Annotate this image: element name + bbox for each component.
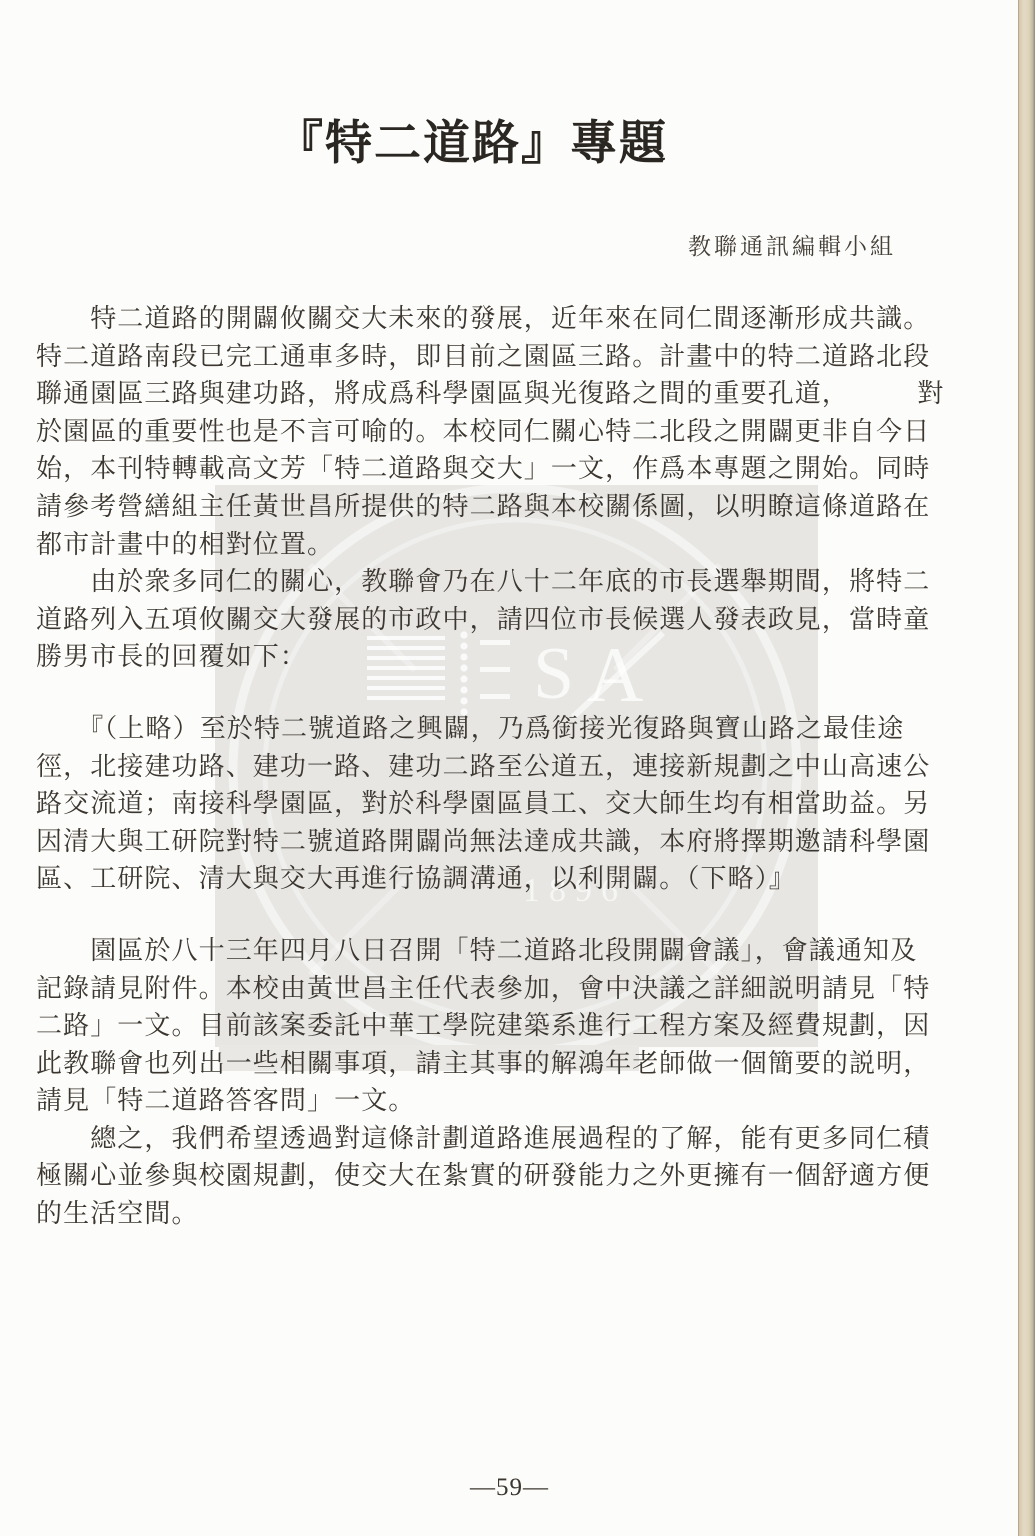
page-title: 『特二道路』專題 [276, 106, 668, 173]
page-edge-strip [1018, 0, 1035, 1536]
paragraph-intro: 特二道路的開闢攸關交大未來的發展，近年來在同仁間逐漸形成共識。 特二道路南段已完… [36, 300, 976, 563]
paragraph-mayor-quote: 『（上略）至於特二號道路之興闢，乃爲銜接光復路與寶山路之最佳途 徑，北接建功路、… [36, 710, 976, 898]
article-body: 特二道路的開闢攸關交大未來的發展，近年來在同仁間逐漸形成共識。 特二道路南段已完… [36, 300, 976, 1233]
byline: 教聯通訊編輯小組 [688, 228, 896, 261]
page-number: —59— [0, 1474, 1019, 1502]
paragraph-conclusion: 總之，我們希望透過對這條計劃道路進展過程的了解，能有更多同仁積 極關心並參與校園… [36, 1120, 976, 1233]
scanned-document-page: S A 1896 『特二道路』專題 教聯通訊編輯小組 特二道路的開闢攸關交大未來… [0, 0, 1035, 1536]
paragraph-meeting: 園區於八十三年四月八日召開「特二道路北段開闢會議」，會議通知及 記錄請見附件。本… [36, 932, 976, 1120]
paragraph-mayor-context: 由於衆多同仁的關心，教聯會乃在八十二年底的市長選舉期間，將特二 道路列入五項攸關… [36, 563, 976, 676]
